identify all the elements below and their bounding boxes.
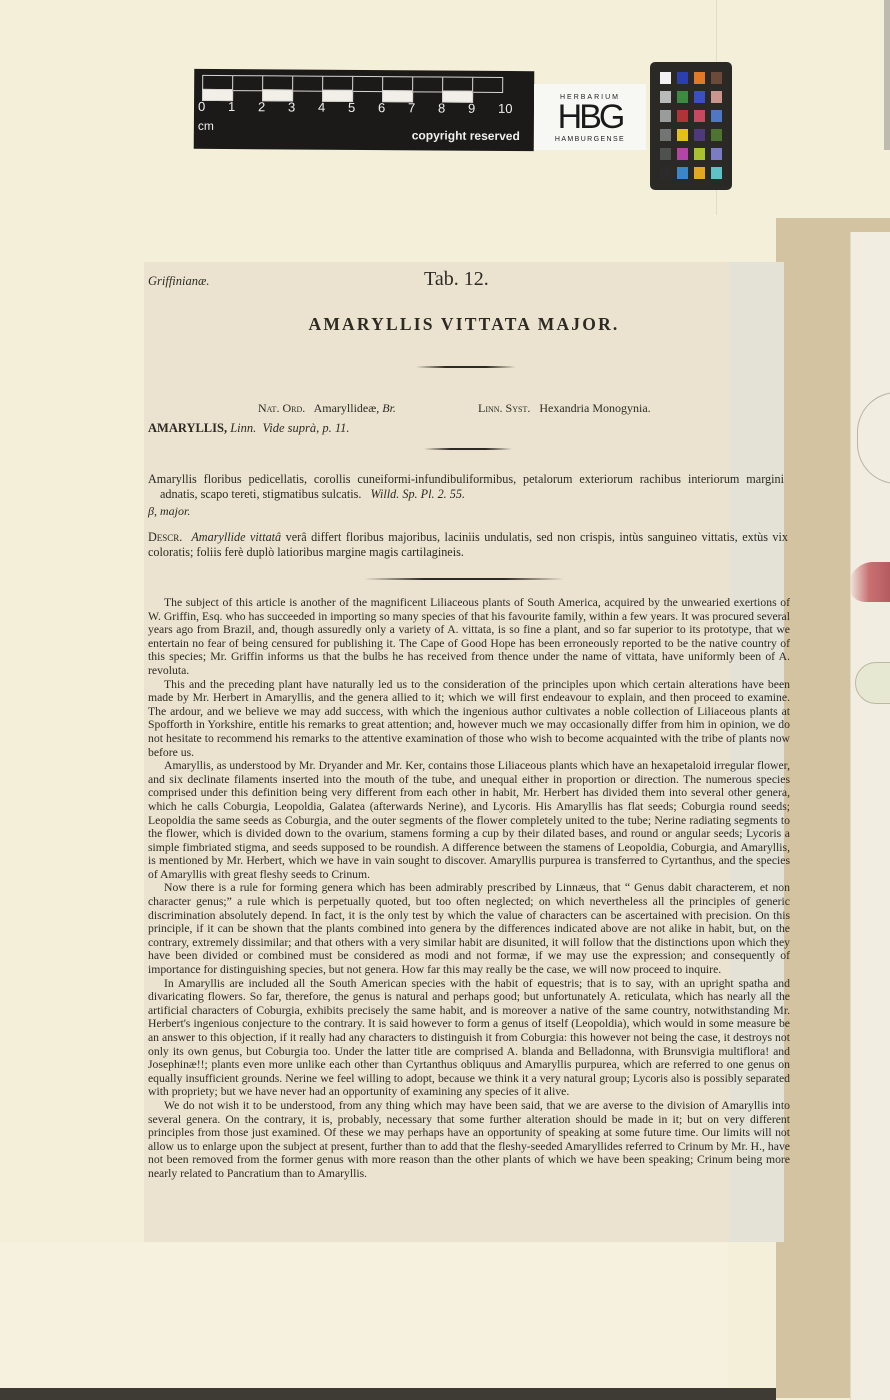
paragraph: Amaryllis, as understood by Mr. Dryander… [148,759,790,881]
ruler-tick-label: 3 [288,99,295,114]
color-swatch [711,129,722,141]
nat-ord-label: Nat. Ord. [258,401,305,415]
color-swatch [694,129,705,141]
paragraph: Now there is a rule for forming genera w… [148,881,790,976]
color-swatch [677,167,688,179]
plate-red-petal [850,562,890,602]
ruler-tick-label: 10 [498,101,513,116]
diagnosis: Amaryllis floribus pedicellatis, corolli… [144,472,784,501]
color-swatch [711,72,722,84]
color-swatch [711,110,722,122]
page-title: AMARYLLIS VITTATA MAJOR. [144,314,784,335]
color-swatch [711,148,722,160]
ruler-tick-label: 5 [348,100,355,115]
article-body: The subject of this article is another o… [148,596,790,1181]
color-swatch [711,167,722,179]
ruler-unit: cm [198,119,214,133]
ruler-tick-label: 4 [318,100,325,115]
color-swatch [677,110,688,122]
tab-number: Tab. 12. [424,268,489,291]
color-swatch [660,167,671,179]
paragraph: This and the preceding plant have natura… [148,678,790,760]
ruler-tick-label: 2 [258,99,265,114]
genus-line: AMARYLLIS, Linn. Vide suprà, p. 11. [148,421,350,436]
ruler-tick-label: 8 [438,101,445,116]
color-swatch [694,72,705,84]
ruler-scale [202,75,502,103]
color-swatch [660,91,671,103]
paragraph: The subject of this article is another o… [148,596,790,678]
ornamental-rule [424,448,512,450]
color-swatch [677,129,688,141]
plate-bud [855,662,890,704]
ruler-tick-label: 9 [468,101,475,116]
color-swatch [660,110,671,122]
scale-ruler: 0 1 2 3 4 5 6 7 8 9 10 cm copyright rese… [194,69,535,151]
color-swatch [677,148,688,160]
color-swatch [677,72,688,84]
hbg-logo: HBG [534,98,646,136]
linnaean-system: Linn. Syst. Hexandria Monogynia. [478,401,651,416]
genus-reference: Vide suprà, p. 11. [263,421,350,435]
diagnosis-text: Amaryllis floribus pedicellatis, corolli… [148,472,784,501]
color-calibration-card [650,62,732,190]
color-swatch [694,167,705,179]
herbarium-bottom-text: HAMBURGENSE [534,136,646,143]
ruler-tick-label: 0 [198,99,205,114]
printed-page: Griffinianæ. Tab. 12. AMARYLLIS VITTATA … [144,262,784,1242]
plate-drawing-outline [857,392,890,484]
genus-author: Linn. [230,421,256,435]
description: Descr. Amaryllide vittatâ verâ differt f… [148,530,788,559]
ruler-tick-label: 6 [378,100,385,115]
paragraph: We do not wish it to be understood, from… [148,1099,790,1181]
color-swatch [694,110,705,122]
nat-ord-author: Br. [382,401,396,415]
nat-ord-value: Amaryllideæ, [314,401,380,415]
botanical-plate-edge [850,232,890,1400]
herbarium-label: HERBARIUM HBG HAMBURGENSE [534,84,646,150]
descr-italic: Amaryllide vittatâ [191,530,281,544]
color-swatch [694,91,705,103]
color-swatch [660,148,671,160]
diagnosis-reference: Willd. Sp. Pl. 2. 55. [371,487,465,501]
color-swatch [660,129,671,141]
linn-syst-value: Hexandria Monogynia. [539,401,650,415]
color-swatch [694,148,705,160]
descr-label: Descr. [148,530,182,544]
linn-syst-label: Linn. Syst. [478,401,530,415]
page-section-header: Griffinianæ. [148,274,209,289]
color-swatch [677,91,688,103]
ruler-tick-label: 1 [228,99,235,114]
ruler-tick-label: 7 [408,100,415,115]
paragraph: In Amaryllis are included all the South … [148,977,790,1099]
ornamental-rule [416,366,516,368]
scan-background-strip [0,1388,776,1400]
genus-name: AMARYLLIS, [148,421,227,435]
color-swatch [711,91,722,103]
natural-order: Nat. Ord. Amaryllideæ, Br. [258,401,396,416]
ornamental-rule [364,578,564,580]
color-swatch [660,72,671,84]
variety-label: β, major. [148,504,190,519]
edge-strip [884,0,890,150]
copyright-text: copyright reserved [412,128,520,143]
mount-paper [0,1243,728,1388]
